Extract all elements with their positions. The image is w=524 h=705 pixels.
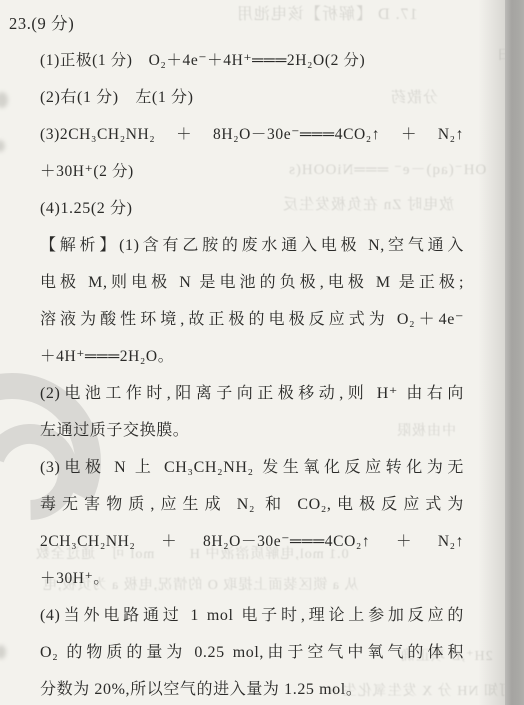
answer-line-3: (3)2CH₃CH₂NH₂＋8H₂O－30e⁻═══4CO₂↑＋N₂↑ — [0, 116, 464, 153]
analysis-line: 【解析】(1)含有乙胺的废水通入电极 N,空气通入 — [0, 227, 464, 264]
page-curvature-shadow — [478, 0, 505, 705]
analysis-line: 左通过质子交换膜。 — [0, 412, 464, 449]
analysis-line: O₂ 的物质的量为 0.25 mol,由于空气中氧气的体积 — [0, 634, 464, 671]
answer-line-1: (1)正极(1 分) O₂＋4e⁻＋4H⁺═══2H₂O(2 分) — [0, 42, 464, 79]
analysis-line: (3)电极 N 上 CH₃CH₂NH₂ 发生氧化反应转化为无 — [0, 449, 464, 486]
analysis-line: (4)当外电路通过 1 mol 电子时,理论上参加反应的 — [0, 597, 464, 634]
scanned-answer-page: 17. D 【解析】该电池用 分散药 OH⁻(aq)－e⁻ ═══NiOOH(s… — [0, 0, 524, 705]
answer-content: 23.(9 分) (1)正极(1 分) O₂＋4e⁻＋4H⁺═══2H₂O(2 … — [0, 5, 505, 705]
answer-line-2: (2)右(1 分) 左(1 分) — [0, 79, 464, 116]
analysis-line: 毒无害物质,应生成 N₂ 和 CO₂,电极反应式为 — [0, 486, 464, 523]
analysis-line: 分数为 20%,所以空气的进入量为 1.25 mol。 — [0, 671, 464, 705]
analysis-line: 溶液为酸性环境,故正极的电极反应式为 O₂＋4e⁻ — [0, 301, 464, 338]
question-number: 23.(9 分) — [0, 5, 433, 42]
page-edge-shadow — [505, 0, 524, 705]
analysis-line: ＋30H⁺。 — [0, 560, 464, 597]
analysis-line: 2CH₃CH₂NH₂＋8H₂O－30e⁻═══4CO₂↑＋N₂↑ — [0, 523, 464, 560]
answer-line-4: (4)1.25(2 分) — [0, 190, 464, 227]
answer-line-3b: ＋30H⁺(2 分) — [0, 153, 464, 190]
analysis-line: (2)电池工作时,阳离子向正极移动,则 H⁺ 由右向 — [0, 375, 464, 412]
analysis-line: ＋4H⁺═══2H₂O。 — [0, 338, 464, 375]
analysis-line: 电极 M,则电极 N 是电池的负极,电极 M 是正极; — [0, 264, 464, 301]
